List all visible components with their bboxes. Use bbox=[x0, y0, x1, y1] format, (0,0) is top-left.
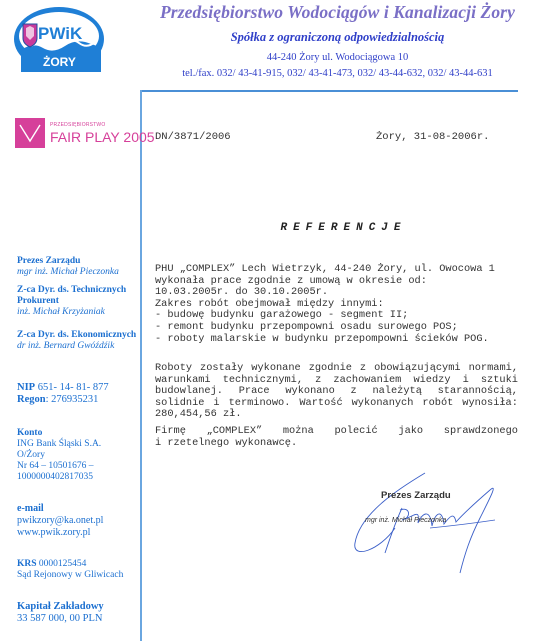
account-label: Konto bbox=[17, 428, 101, 439]
letter-title: REFERENCJE bbox=[140, 222, 535, 234]
fair-play-small-text: PRZEDSIĘBIORSTWO bbox=[50, 122, 105, 128]
legal-form: Spółka z ograniczoną odpowiedzialnością bbox=[140, 30, 535, 45]
capital-label: Kapitał Zakładowy bbox=[17, 601, 104, 613]
board-name: mgr inż. Michał Pieczonka bbox=[17, 267, 119, 278]
account-line: Nr 64 – 10501676 – bbox=[17, 461, 101, 472]
svg-text:ŻORY: ŻORY bbox=[43, 54, 76, 69]
krs-value: 0000125454 bbox=[37, 559, 87, 569]
letter-intro: PHU „COMPLEX” Lech Wietrzyk, 44-240 Żory… bbox=[155, 264, 518, 345]
board-role: Z-ca Dyr. ds. Technicznych bbox=[17, 285, 126, 296]
signature-title: Prezes Zarządu bbox=[381, 490, 451, 501]
company-address: 44-240 Żory ul. Wodociągowa 10 bbox=[140, 52, 535, 63]
letter-line: 280,454,56 zł. bbox=[155, 409, 518, 421]
letter-assessment: Robotyzostaływykonanezgodniezobowiązując… bbox=[155, 363, 518, 421]
header-divider bbox=[141, 90, 518, 92]
account-line: ING Bank Śląski S.A. bbox=[17, 439, 101, 450]
board-name: dr inż. Bernard Gwóźdźik bbox=[17, 341, 136, 352]
krs-info: KRS 0000125454 Sąd Rejonowy w Gliwicach bbox=[17, 559, 123, 581]
krs-label: KRS bbox=[17, 559, 37, 569]
fair-play-title: FAIR PLAY 2005 bbox=[50, 129, 155, 145]
court-name: Sąd Rejonowy w Gliwicach bbox=[17, 570, 123, 581]
board-econ-director: Z-ca Dyr. ds. Ekonomicznych dr inż. Bern… bbox=[17, 330, 136, 352]
letter-line: Firmę„COMPLEX”możnapolecićjakosprawdzone… bbox=[155, 426, 518, 438]
board-president: Prezes Zarządu mgr inż. Michał Pieczonka bbox=[17, 256, 119, 278]
company-name: Przedsiębiorstwo Wodociągów i Kanalizacj… bbox=[140, 2, 535, 23]
company-phones: tel./fax. 032/ 43-41-915, 032/ 43-41-473… bbox=[140, 68, 535, 79]
pwik-logo: PWiK ŻORY bbox=[13, 6, 105, 72]
regon-value: : 276935231 bbox=[46, 394, 99, 405]
bank-account: Konto ING Bank Śląski S.A. O/Żory Nr 64 … bbox=[17, 428, 101, 483]
letter-line: i rzetelnego wykonawcę. bbox=[155, 438, 518, 450]
share-capital: Kapitał Zakładowy 33 587 000, 00 PLN bbox=[17, 601, 104, 625]
svg-text:PWiK: PWiK bbox=[38, 24, 83, 43]
nip-label: NIP bbox=[17, 382, 35, 393]
letter-line: PHU „COMPLEX” Lech Wietrzyk, 44-240 Żory… bbox=[155, 264, 518, 276]
website-link[interactable]: www.pwik.zory.pl bbox=[17, 527, 103, 539]
board-name: inż. Michał Krzyżaniak bbox=[17, 307, 126, 318]
capital-value: 33 587 000, 00 PLN bbox=[17, 613, 104, 625]
email-label: e-mail bbox=[17, 503, 103, 515]
document-reference: DN/3871/2006 bbox=[155, 131, 231, 143]
sidebar-divider bbox=[140, 90, 142, 641]
letter-line: - remont budynku przepompowni osadu suro… bbox=[155, 322, 518, 334]
regon-label: Regon bbox=[17, 394, 46, 405]
board-role: Prezes Zarządu bbox=[17, 256, 119, 267]
board-role: Z-ca Dyr. ds. Ekonomicznych bbox=[17, 330, 136, 341]
document-date: Żory, 31-08-2006r. bbox=[376, 131, 489, 143]
pwik-logo-icon: PWiK ŻORY bbox=[13, 6, 105, 72]
letter-line: - roboty malarskie w budynku przepompown… bbox=[155, 334, 518, 346]
contact: e-mail pwikzory@ka.onet.pl www.pwik.zory… bbox=[17, 503, 103, 539]
letter-line: Robotyzostaływykonanezgodniezobowiązując… bbox=[155, 363, 518, 375]
board-tech-director: Z-ca Dyr. ds. Technicznych Prokurent inż… bbox=[17, 285, 126, 318]
account-line: 1000000402817035 bbox=[17, 472, 101, 483]
fair-play-check-icon bbox=[15, 118, 45, 148]
tax-ids: NIP 651- 14- 81- 877 Regon: 276935231 bbox=[17, 382, 109, 406]
signature-name: mgr inż. Michał Pieczonka bbox=[365, 517, 446, 524]
email-link[interactable]: pwikzory@ka.onet.pl bbox=[17, 515, 103, 527]
nip-value: 651- 14- 81- 877 bbox=[38, 382, 109, 393]
account-line: O/Żory bbox=[17, 450, 101, 461]
letter-recommendation: Firmę„COMPLEX”możnapolecićjakosprawdzone… bbox=[155, 426, 518, 449]
board-role-secondary: Prokurent bbox=[17, 296, 126, 307]
